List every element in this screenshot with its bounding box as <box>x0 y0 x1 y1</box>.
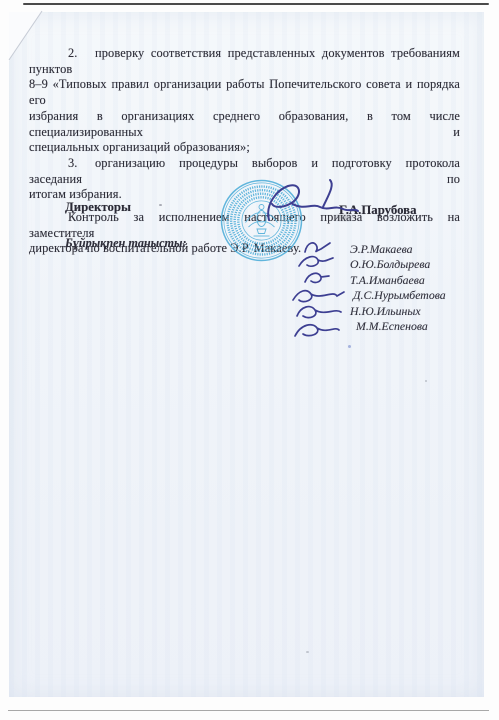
scan-speck <box>425 380 427 382</box>
item3-number: 3. <box>68 156 95 172</box>
acquainted-name: Э.Р.Макаева <box>350 242 446 257</box>
acquainted-name: Д.С.Нурымбетова <box>350 288 446 303</box>
scan-bottom-edge-line <box>8 710 489 711</box>
acquainted-name: Н.Ю.Ильиных <box>350 304 446 319</box>
acquainted-name: О.Ю.Болдырева <box>350 257 446 272</box>
scan-speck <box>159 204 162 206</box>
item2-line2: 8–9 «Типовых правил организации работы П… <box>29 77 460 108</box>
scan-top-edge-line <box>23 3 489 5</box>
document-page: 2.проверку соответствия представленных д… <box>9 12 484 697</box>
acquainted-name: Т.А.Иманбаева <box>350 273 446 288</box>
director-signature <box>257 174 362 236</box>
acquainted-label: Бұйрықпен танысты: <box>65 236 187 251</box>
item2-line4: специальных организаций образования»; <box>29 140 460 156</box>
director-label: Директоры <box>65 200 131 215</box>
item2-number: 2. <box>68 46 95 62</box>
acquainted-names-list: Э.Р.Макаева О.Ю.Болдырева Т.А.Иманбаева … <box>350 242 446 334</box>
acquainted-name: М.М.Еспенова <box>350 319 446 334</box>
scan-speck <box>306 651 309 653</box>
acquainted-signatures <box>291 238 357 348</box>
item2-line3: избрания в организациях среднего образов… <box>29 109 460 140</box>
item2-line1: 2.проверку соответствия представленных д… <box>29 46 460 77</box>
scanned-order-document: { "page": { "body_text": { "item2": { "n… <box>0 0 499 720</box>
